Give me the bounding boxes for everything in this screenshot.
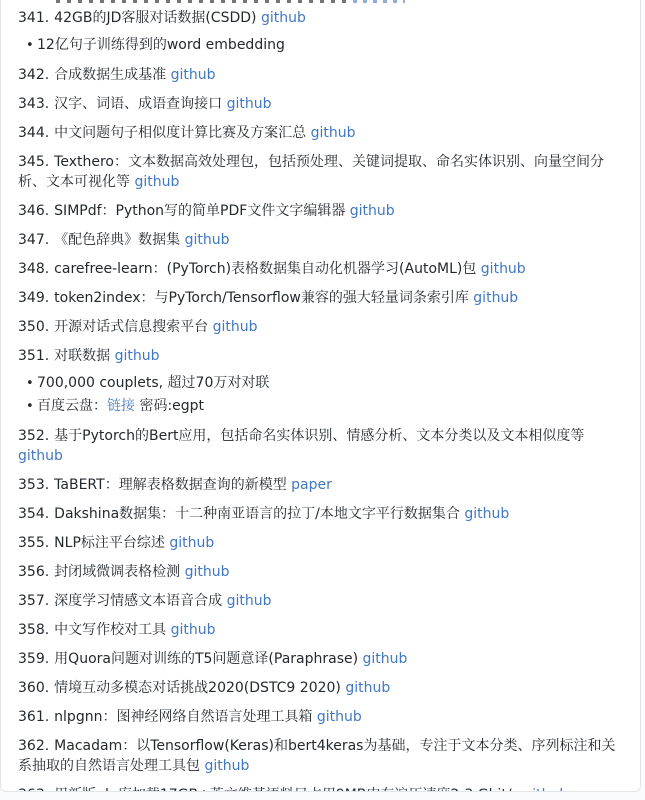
item-number: 358. (18, 622, 49, 638)
item-text: 《配色辞典》数据集 (54, 232, 184, 248)
list-item: 355.NLP标注平台综述 github (18, 533, 622, 553)
item-number: 348. (18, 261, 49, 277)
list-item: 342.合成数据生成基准 github (18, 65, 622, 85)
item-number: 342. (18, 67, 49, 83)
list-item: 354.Dakshina数据集：十二种南亚语言的拉丁/本地文字平行数据集合 gi… (18, 504, 622, 524)
github-link[interactable]: github (363, 651, 408, 667)
item-number: 361. (18, 709, 49, 725)
item-text: nlpgnn：图神经网络自然语言处理工具箱 (54, 709, 317, 725)
sub-list: •700,000 couplets, 超过70万对对联•百度云盘：链接 密码:e… (26, 373, 622, 417)
list-item: 350.开源对话式信息搜索平台 github (18, 317, 622, 337)
paper-link[interactable]: paper (291, 477, 332, 493)
bullet-item: •12亿句子训练得到的word embedding (26, 35, 622, 56)
item-number: 349. (18, 290, 49, 306)
item-text: 用新版nlp库加载17GB+英文维基语料只占用9MB内存遍历速度2-3 Gbit… (54, 787, 523, 792)
item-number: 354. (18, 506, 49, 522)
item-text: NLP标注平台综述 (54, 535, 169, 551)
github-link[interactable]: github (171, 67, 216, 83)
item-number: 353. (18, 477, 49, 493)
list-item: 352.基于Pytorch的Bert应用，包括命名实体识别、情感分析、文本分类以… (18, 426, 622, 466)
item-number: 355. (18, 535, 49, 551)
sub-list: •12亿句子训练得到的word embedding (26, 35, 622, 56)
github-link[interactable]: github (171, 622, 216, 638)
item-text: 汉字、词语、成语查询接口 (54, 96, 226, 112)
clipped-link-fragment (353, 0, 405, 3)
item-number: 343. (18, 96, 49, 112)
list-item: 353.TaBERT：理解表格数据查询的新模型 paper (18, 475, 622, 495)
item-number: 344. (18, 125, 49, 141)
item-text: Texthero：文本数据高效处理包，包括预处理、关键词提取、命名实体识别、向量… (18, 154, 604, 190)
item-text: 中文问题句子相似度计算比赛及方案汇总 (54, 125, 310, 141)
item-text: TaBERT：理解表格数据查询的新模型 (54, 477, 291, 493)
item-number: 352. (18, 428, 49, 444)
clipped-text-fragment (56, 0, 346, 3)
github-link[interactable]: github (261, 10, 306, 26)
item-number: 341. (18, 10, 49, 26)
list-item: 363.用新版nlp库加载17GB+英文维基语料只占用9MB内存遍历速度2-3 … (18, 785, 622, 792)
list-item: 344.中文问题句子相似度计算比赛及方案汇总 github (18, 123, 622, 143)
github-link[interactable]: github (317, 709, 362, 725)
item-text: 基于Pytorch的Bert应用，包括命名实体识别、情感分析、文本分类以及文本相… (54, 428, 584, 444)
list-item: 347.《配色辞典》数据集 github (18, 230, 622, 250)
item-text: 42GB的JD客服对话数据(CSDD) (54, 10, 261, 26)
list-item: 351.对联数据 github•700,000 couplets, 超过70万对… (18, 346, 622, 417)
item-text: 情境互动多模态对话挑战2020(DSTC9 2020) (54, 680, 345, 696)
readme-content: 341.42GB的JD客服对话数据(CSDD) github•12亿句子训练得到… (0, 0, 641, 792)
item-text: 开源对话式信息搜索平台 (54, 319, 212, 335)
github-link[interactable]: github (345, 680, 390, 696)
item-number: 347. (18, 232, 49, 248)
item-text: 中文写作校对工具 (54, 622, 170, 638)
baidu-pan-link[interactable]: 链接 (107, 398, 135, 414)
list-item: 357.深度学习情感文本语音合成 github (18, 591, 622, 611)
github-link[interactable]: github (350, 203, 395, 219)
list-item: 356.封闭域微调表格检测 github (18, 562, 622, 582)
github-link[interactable]: github (185, 564, 230, 580)
item-text: 对联数据 (54, 348, 114, 364)
item-text: Dakshina数据集：十二种南亚语言的拉丁/本地文字平行数据集合 (54, 506, 464, 522)
bullet-icon: • (26, 374, 37, 394)
item-text: 封闭域微调表格检测 (54, 564, 184, 580)
item-number: 351. (18, 348, 49, 364)
bullet-icon: • (26, 36, 37, 56)
item-text: 700,000 couplets, 超过70万对对联 (37, 375, 269, 391)
list-item: 341.42GB的JD客服对话数据(CSDD) github•12亿句子训练得到… (18, 8, 622, 56)
resource-list: 341.42GB的JD客服对话数据(CSDD) github•12亿句子训练得到… (18, 8, 622, 792)
list-item: 346.SIMPdf：Python写的简单PDF文件文字编辑器 github (18, 201, 622, 221)
item-text: 用Quora问题对训练的T5问题意译(Paraphrase) (54, 651, 362, 667)
item-text: 12亿句子训练得到的word embedding (37, 37, 285, 53)
list-item: 345.Texthero：文本数据高效处理包，包括预处理、关键词提取、命名实体识… (18, 152, 622, 192)
item-text: 合成数据生成基准 (54, 67, 170, 83)
item-number: 350. (18, 319, 49, 335)
item-text: Macadam：以Tensorflow(Keras)和bert4keras为基础… (18, 738, 615, 774)
item-number: 359. (18, 651, 49, 667)
github-link[interactable]: github (311, 125, 356, 141)
item-number: 357. (18, 593, 49, 609)
item-text: 深度学习情感文本语音合成 (54, 593, 226, 609)
github-link[interactable]: github (464, 506, 509, 522)
list-item: 358.中文写作校对工具 github (18, 620, 622, 640)
item-number: 346. (18, 203, 49, 219)
bullet-icon: • (26, 397, 37, 417)
item-number: 363. (18, 787, 49, 792)
github-link[interactable]: github (481, 261, 526, 277)
list-item: 348.carefree-learn：(PyTorch)表格数据集自动化机器学习… (18, 259, 622, 279)
github-link[interactable]: github (523, 787, 568, 792)
github-link[interactable]: github (185, 232, 230, 248)
item-text: SIMPdf：Python写的简单PDF文件文字编辑器 (54, 203, 350, 219)
github-link[interactable]: github (134, 174, 179, 190)
list-item: 362.Macadam：以Tensorflow(Keras)和bert4kera… (18, 736, 622, 776)
list-item: 360.情境互动多模态对话挑战2020(DSTC9 2020) github (18, 678, 622, 698)
github-link[interactable]: github (227, 96, 272, 112)
github-link[interactable]: github (18, 448, 63, 464)
github-link[interactable]: github (227, 593, 272, 609)
github-link[interactable]: github (204, 758, 249, 774)
item-text: 密码:egpt (135, 398, 204, 414)
github-link[interactable]: github (115, 348, 160, 364)
list-item: 361.nlpgnn：图神经网络自然语言处理工具箱 github (18, 707, 622, 727)
item-text: 百度云盘： (37, 398, 107, 414)
list-item: 359.用Quora问题对训练的T5问题意译(Paraphrase) githu… (18, 649, 622, 669)
list-item: 349.token2index：与PyTorch/Tensorflow兼容的强大… (18, 288, 622, 308)
bullet-item: •百度云盘：链接 密码:egpt (26, 396, 622, 417)
list-item: 343.汉字、词语、成语查询接口 github (18, 94, 622, 114)
item-number: 356. (18, 564, 49, 580)
item-text: carefree-learn：(PyTorch)表格数据集自动化机器学习(Aut… (54, 261, 481, 277)
github-link[interactable]: github (213, 319, 258, 335)
item-number: 360. (18, 680, 49, 696)
github-link[interactable]: github (473, 290, 518, 306)
github-link[interactable]: github (169, 535, 214, 551)
item-number: 362. (18, 738, 49, 754)
item-text: token2index：与PyTorch/Tensorflow兼容的强大轻量词条… (54, 290, 473, 306)
bullet-item: •700,000 couplets, 超过70万对对联 (26, 373, 622, 394)
item-number: 345. (18, 154, 49, 170)
